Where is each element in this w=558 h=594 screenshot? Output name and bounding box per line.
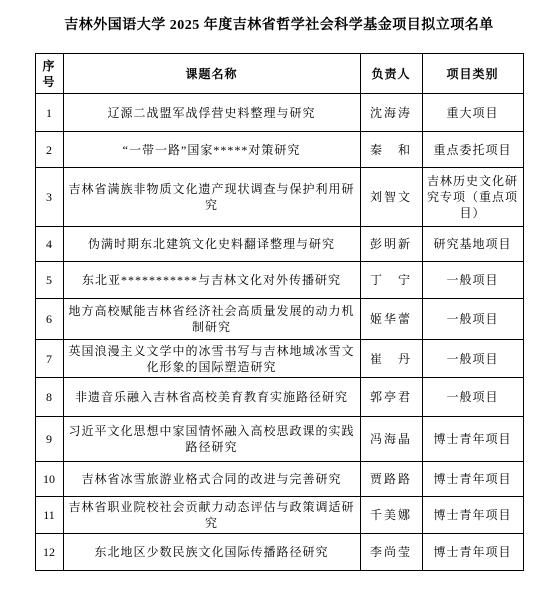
table-row: 7 英国浪漫主义文学中的冰雪书写与吉林地域冰雪文化形象的国际塑造研究 崔 丹 一… (35, 340, 523, 378)
leader-cell: 千美娜 (360, 497, 422, 534)
project-title-cell: 吉林省职业院校社会贡献力动态评估与政策调适研究 (63, 497, 360, 534)
project-title-cell: 非遗音乐融入吉林省高校美育教育实施路径研究 (63, 378, 360, 417)
project-title-cell: 东北亚***********与吉林文化对外传播研究 (63, 262, 360, 299)
leader-cell: 贾路路 (360, 462, 422, 497)
leader-cell: 姬华蕾 (360, 299, 422, 340)
category-cell: 一般项目 (422, 378, 523, 417)
leader-cell: 秦 和 (360, 132, 422, 168)
row-number-cell: 10 (35, 462, 63, 497)
row-number-cell: 12 (35, 534, 63, 571)
leader-cell: 郭亭君 (360, 378, 422, 417)
category-cell: 一般项目 (422, 340, 523, 378)
project-title-cell: 辽源二战盟军战俘营史料整理与研究 (63, 94, 360, 132)
row-number-cell: 11 (35, 497, 63, 534)
table-row: 3 吉林省满族非物质文化遗产现状调查与保护利用研究 刘智文 吉林历史文化研究专项… (35, 168, 523, 227)
row-number-cell: 2 (35, 132, 63, 168)
row-number-cell: 3 (35, 168, 63, 227)
project-title-cell: 吉林省冰雪旅游业格式合同的改进与完善研究 (63, 462, 360, 497)
project-title-cell: 英国浪漫主义文学中的冰雪书写与吉林地域冰雪文化形象的国际塑造研究 (63, 340, 360, 378)
header-row: 序号 课题名称 负责人 项目类别 (35, 54, 523, 94)
category-cell: 研究基地项目 (422, 227, 523, 262)
category-cell: 博士青年项目 (422, 497, 523, 534)
leader-cell: 丁 宁 (360, 262, 422, 299)
header-no: 序号 (35, 54, 63, 94)
table-row: 1 辽源二战盟军战俘营史料整理与研究 沈海涛 重大项目 (35, 94, 523, 132)
table-row: 4 伪满时期东北建筑文化史料翻译整理与研究 彭明新 研究基地项目 (35, 227, 523, 262)
projects-table: 序号 课题名称 负责人 项目类别 1 辽源二战盟军战俘营史料整理与研究 沈海涛 … (35, 53, 524, 571)
project-title-cell: 伪满时期东北建筑文化史料翻译整理与研究 (63, 227, 360, 262)
row-number-cell: 7 (35, 340, 63, 378)
table-row: 11 吉林省职业院校社会贡献力动态评估与政策调适研究 千美娜 博士青年项目 (35, 497, 523, 534)
category-cell: 一般项目 (422, 262, 523, 299)
project-title-cell: 东北地区少数民族文化国际传播路径研究 (63, 534, 360, 571)
table-body: 1 辽源二战盟军战俘营史料整理与研究 沈海涛 重大项目 2 “一带一路”国家**… (35, 94, 523, 571)
category-cell: 博士青年项目 (422, 417, 523, 462)
category-cell: 重大项目 (422, 94, 523, 132)
row-number-cell: 5 (35, 262, 63, 299)
table-row: 6 地方高校赋能吉林省经济社会高质量发展的动力机制研究 姬华蕾 一般项目 (35, 299, 523, 340)
header-leader: 负责人 (360, 54, 422, 94)
table-row: 2 “一带一路”国家*****对策研究 秦 和 重点委托项目 (35, 132, 523, 168)
category-cell: 博士青年项目 (422, 462, 523, 497)
page-title: 吉林外国语大学 2025 年度吉林省哲学社会科学基金项目拟立项名单 (8, 16, 550, 36)
table-row: 5 东北亚***********与吉林文化对外传播研究 丁 宁 一般项目 (35, 262, 523, 299)
table-row: 9 习近平文化思想中家国情怀融入高校思政课的实践路径研究 冯海晶 博士青年项目 (35, 417, 523, 462)
table-row: 12 东北地区少数民族文化国际传播路径研究 李尚莹 博士青年项目 (35, 534, 523, 571)
table-row: 10 吉林省冰雪旅游业格式合同的改进与完善研究 贾路路 博士青年项目 (35, 462, 523, 497)
leader-cell: 崔 丹 (360, 340, 422, 378)
table-row: 8 非遗音乐融入吉林省高校美育教育实施路径研究 郭亭君 一般项目 (35, 378, 523, 417)
row-number-cell: 1 (35, 94, 63, 132)
row-number-cell: 9 (35, 417, 63, 462)
project-title-cell: 地方高校赋能吉林省经济社会高质量发展的动力机制研究 (63, 299, 360, 340)
category-cell: 吉林历史文化研究专项（重点项目） (422, 168, 523, 227)
table-header: 序号 课题名称 负责人 项目类别 (35, 54, 523, 94)
row-number-cell: 6 (35, 299, 63, 340)
leader-cell: 冯海晶 (360, 417, 422, 462)
header-project-title: 课题名称 (63, 54, 360, 94)
category-cell: 一般项目 (422, 299, 523, 340)
row-number-cell: 4 (35, 227, 63, 262)
project-title-cell: “一带一路”国家*****对策研究 (63, 132, 360, 168)
leader-cell: 沈海涛 (360, 94, 422, 132)
leader-cell: 刘智文 (360, 168, 422, 227)
header-category: 项目类别 (422, 54, 523, 94)
category-cell: 重点委托项目 (422, 132, 523, 168)
leader-cell: 李尚莹 (360, 534, 422, 571)
document-page: 吉林外国语大学 2025 年度吉林省哲学社会科学基金项目拟立项名单 序号 课题名… (0, 16, 558, 571)
project-title-cell: 习近平文化思想中家国情怀融入高校思政课的实践路径研究 (63, 417, 360, 462)
row-number-cell: 8 (35, 378, 63, 417)
project-title-cell: 吉林省满族非物质文化遗产现状调查与保护利用研究 (63, 168, 360, 227)
category-cell: 博士青年项目 (422, 534, 523, 571)
leader-cell: 彭明新 (360, 227, 422, 262)
